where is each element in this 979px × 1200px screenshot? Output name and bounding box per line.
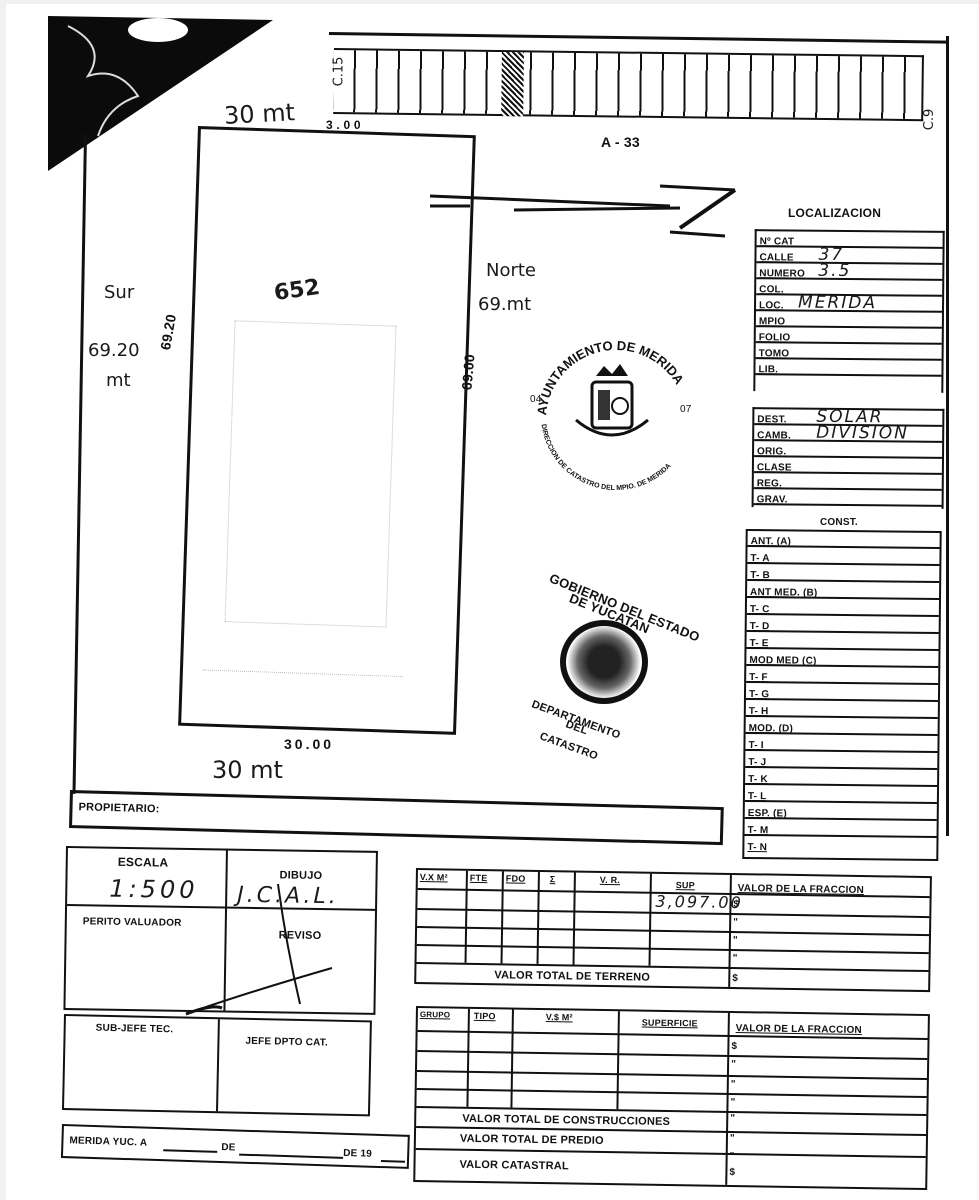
divider <box>216 1019 220 1111</box>
mexico-eagle-seal-icon <box>560 620 648 704</box>
localizacion-title: LOCALIZACION <box>788 206 881 220</box>
street-strip <box>333 48 924 121</box>
divider <box>417 1070 927 1080</box>
construccion-row: T- J <box>745 752 937 770</box>
frame-top-line <box>329 32 949 44</box>
divider <box>417 944 929 954</box>
localizacion-row: MPIO <box>756 311 942 329</box>
localizacion-row: LOC.MERIDA <box>756 295 942 313</box>
north-measure: 69.mt <box>478 294 531 315</box>
fecha-de1: DE <box>221 1142 236 1153</box>
construccion-row: T- N <box>744 837 936 855</box>
col-header: VALOR DE LA FRACCION <box>738 883 864 896</box>
col-header: V. R. <box>600 875 620 885</box>
terreno-total-mark: $ <box>732 973 738 984</box>
total-predio-mark: " <box>730 1151 735 1162</box>
fecha-de2: DE 19 <box>343 1148 372 1160</box>
construccion-row: T- A <box>747 548 939 566</box>
divider <box>501 871 504 963</box>
construccion-row: ESP. (e) <box>745 803 937 821</box>
fraction-mark: $ <box>733 899 739 910</box>
frame-left-line <box>72 134 87 794</box>
col-header: TIPO <box>474 1011 496 1021</box>
construccion-row: T- G <box>746 684 938 702</box>
hatched-lot-icon <box>501 52 524 116</box>
stamp-right-number: 07 <box>680 404 692 415</box>
propietario-field: PROPIETARIO: <box>69 790 724 845</box>
col-header: VALOR DE LA FRACCION <box>736 1023 862 1036</box>
col-header: V.x M² <box>420 872 448 882</box>
day-blank[interactable] <box>163 1149 217 1153</box>
catastral-label: VALOR CATASTRAL <box>459 1159 569 1173</box>
frame-right-line <box>946 36 949 836</box>
street-number-label: a - 33 <box>601 134 640 150</box>
north-arrow-icon <box>430 174 750 244</box>
right-side-measure: 69.00 <box>458 353 477 390</box>
construcciones-table: GRUPO TIPO V.$ M² SUPERFICIE VALOR DE LA… <box>413 1006 930 1190</box>
construccion-row: T- C <box>747 599 939 617</box>
divider <box>465 871 468 963</box>
col-header: GRUPO <box>420 1010 450 1019</box>
fraction-mark: $ <box>731 1041 737 1052</box>
construccion-row: ANT. (a) <box>748 531 940 549</box>
fraction-mark: " <box>730 1113 735 1124</box>
construccion-title: CONST. <box>820 517 858 528</box>
construccion-row: MOD. (d) <box>746 718 938 736</box>
propietario-label: PROPIETARIO: <box>78 801 159 815</box>
construccion-row: T- M <box>745 820 937 838</box>
construccion-row: T- I <box>745 735 937 753</box>
fraction-mark: " <box>733 953 738 964</box>
svg-text:AYUNTAMIENTO DE MERIDA: AYUNTAMIENTO DE MERIDA <box>534 338 687 416</box>
col-header: Σ <box>550 874 556 884</box>
stamp-left-number: 04 <box>530 394 542 405</box>
divider <box>537 872 540 964</box>
col-header: FDO <box>506 873 526 883</box>
bottom-measure-handwritten: 30 mt <box>212 756 283 784</box>
divider <box>416 962 928 972</box>
ayuntamiento-stamp: AYUNTAMIENTO DE MERIDA DIRECCION DE CATA… <box>526 320 696 490</box>
terreno-total-label: VALOR TOTAL DE TERRENO <box>494 969 650 983</box>
fecha-field: MERIDA YUC. A DE DE 19 <box>61 1124 410 1169</box>
jefe-label: JEFE DPTO CAT. <box>245 1036 328 1049</box>
destino-row: CAMB.DIVISION <box>754 425 942 443</box>
construccion-row: T- K <box>745 769 937 787</box>
bottom-measure-printed: 30.00 <box>284 736 334 752</box>
construccion-row: T- B <box>747 565 939 583</box>
street-left-label: C.15 <box>331 57 346 87</box>
divider <box>510 1010 514 1108</box>
destino-row: REG. <box>754 473 942 491</box>
localizacion-row: TOMO <box>756 343 942 361</box>
divider <box>616 1011 620 1109</box>
localizacion-row: FOLIO <box>756 327 942 345</box>
terreno-table: V.x M² FTE FDO Σ V. R. SUP VALOR DE LA F… <box>414 868 932 992</box>
subjefe-label: SUB-JEFE TEC. <box>96 1023 174 1036</box>
construccion-row: T- E <box>746 633 938 651</box>
construccion-row: MOD MED (c) <box>746 650 938 668</box>
sup-value: 3,097.00 <box>655 892 743 912</box>
divider <box>417 926 929 936</box>
destino-row: ORIG. <box>754 441 942 459</box>
localizacion-table: Nº CAT CALLE37 NUMERO3.5 COL. LOC.MERIDA… <box>753 229 944 393</box>
gobierno-line5: CATASTRO <box>538 730 599 762</box>
localizacion-row: NUMERO3.5 <box>756 263 942 281</box>
destino-row: GRAV. <box>754 489 942 507</box>
localizacion-row: Nº CAT <box>757 231 943 249</box>
total-predio-label: VALOR TOTAL DE PREDIO <box>460 1133 604 1147</box>
divider <box>416 1148 926 1158</box>
top-measure-handwritten: 30 mt <box>223 98 295 130</box>
south-label: Sur <box>104 282 134 303</box>
cadastral-plan-page: C.15 C.9 a - 33 30 mt 3 . 0 0 652 69.20 … <box>6 4 979 1200</box>
faint-construction-outline <box>225 320 397 627</box>
firmas-block-bottom: SUB-JEFE TEC. JEFE DPTO CAT. <box>62 1014 372 1116</box>
construccion-row: T- L <box>745 786 937 804</box>
dibujo-label: DIBUJO <box>279 869 322 882</box>
divider <box>417 1088 927 1098</box>
merida-coat-of-arms-icon: AYUNTAMIENTO DE MERIDA DIRECCION DE CATA… <box>526 320 696 490</box>
fraction-mark: " <box>733 917 738 928</box>
fraction-mark: " <box>733 935 738 946</box>
fraction-mark: " <box>731 1059 736 1070</box>
faint-line <box>203 669 403 677</box>
south-unit: mt <box>106 370 131 391</box>
signature-scribble-icon <box>182 884 342 1024</box>
escala-label: ESCALA <box>118 855 169 870</box>
fraction-mark: " <box>730 1097 735 1108</box>
perito-label: PERITO VALUADOR <box>83 916 182 929</box>
total-const-mark: " <box>730 1133 735 1144</box>
divider <box>573 872 576 964</box>
construccion-row: T- D <box>747 616 939 634</box>
divider <box>648 874 651 966</box>
left-side-measure: 69.20 <box>157 313 179 351</box>
col-header: SUP <box>676 880 695 890</box>
year-blank[interactable] <box>381 1160 405 1163</box>
construccion-row: T- H <box>746 701 938 719</box>
south-measure: 69.20 <box>88 340 140 361</box>
catastral-mark: $ <box>729 1167 735 1178</box>
divider <box>466 1009 470 1107</box>
construccion-row: ANT MED. (b) <box>747 582 939 600</box>
destino-row: CLASE <box>754 457 942 475</box>
col-header: SUPERFICIE <box>642 1018 698 1029</box>
month-blank[interactable] <box>239 1154 343 1159</box>
street-right-label: C.9 <box>922 109 937 130</box>
localizacion-row: LIB. <box>755 359 941 377</box>
divider <box>417 1050 927 1060</box>
construccion-row: T- F <box>746 667 938 685</box>
construccion-table: ANT. (a) T- A T- B ANT MED. (b) T- C T- … <box>742 529 941 861</box>
north-label: Norte <box>486 260 536 281</box>
fecha-prefix: MERIDA YUC. A <box>69 1135 147 1148</box>
total-const-label: VALOR TOTAL DE CONSTRUCCIONES <box>462 1113 670 1128</box>
fraction-mark: " <box>731 1079 736 1090</box>
destino-table: DEST.SOLAR CAMB.DIVISION ORIG. CLASE REG… <box>752 407 945 509</box>
col-header: V.$ M² <box>546 1012 573 1022</box>
gobierno-stamp: GOBIERNO DEL ESTADO DE YUCATAN DEPARTAME… <box>536 552 736 772</box>
col-header: FTE <box>470 873 488 883</box>
